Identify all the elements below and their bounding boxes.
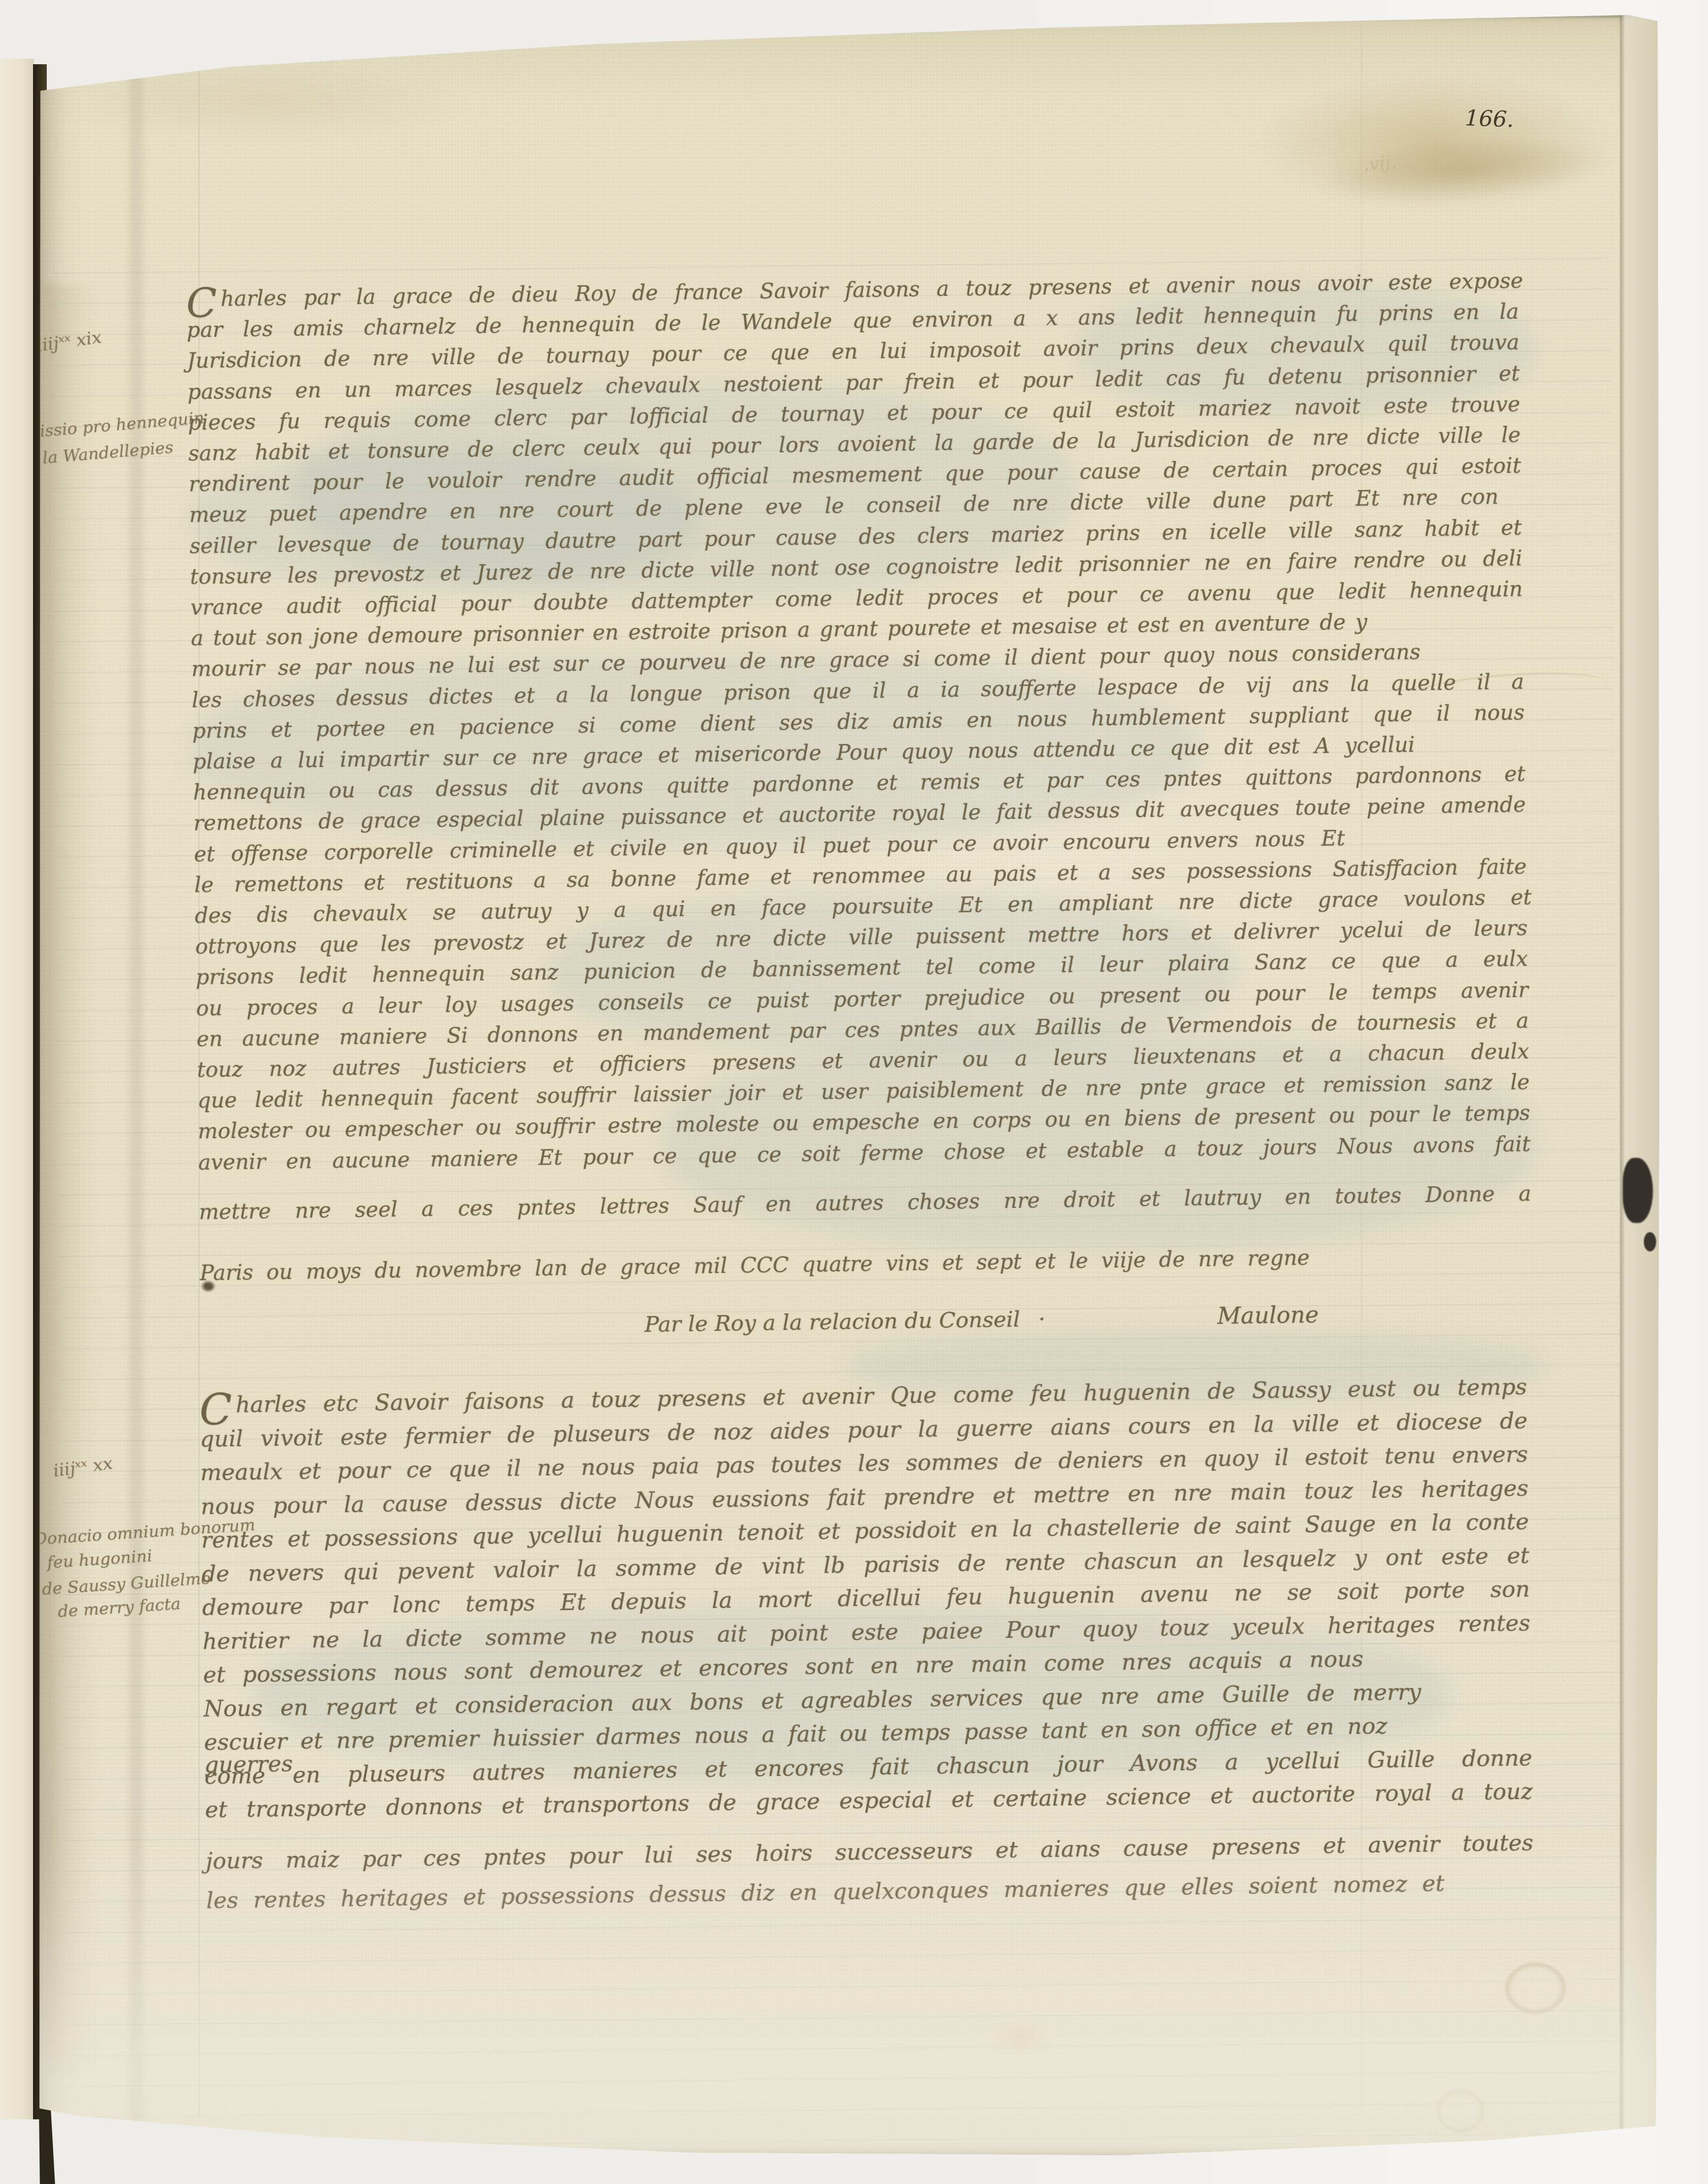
margin-act2-note-2: feu hugonini [46, 1548, 153, 1571]
page-fold-right [1619, 15, 1659, 2155]
handwriting-layer: iiijˣˣ xix Remissio pro hennequin de la … [25, 4, 1675, 2167]
margin-act2-number: iiijˣˣ xx [52, 1454, 114, 1479]
signature-name: Maulone [1217, 1301, 1319, 1329]
margin-act2-note-4: de merry facta [57, 1595, 181, 1620]
ink-blot-right-edge-2 [1644, 1232, 1656, 1251]
sign-off-text: Par le Roy a la relacion du Conseil [644, 1307, 1020, 1337]
manuscript-line: et possessions nous sont demourez et enc… [203, 1647, 1364, 1686]
manuscript-line: mettre nre seel a ces pntes lettres Sauf… [199, 1183, 1531, 1223]
margin-act2-note-3: de Saussy Guillelmo [41, 1570, 211, 1598]
act1-block: Charles par la grace de dieu Roy de fran… [25, 4, 1645, 27]
ink-blot-right-edge [1623, 1158, 1653, 1223]
page-bottom-highlight [39, 1845, 1659, 2155]
sign-off-separator: · [1038, 1306, 1046, 1332]
manuscript-line: Paris ou moys du novembre lan de grace m… [200, 1247, 1309, 1284]
act2-block: Charles etc Savoir faisons a touz presen… [25, 4, 1645, 27]
previous-page-edge [0, 59, 34, 2119]
margin-act1-number: iiijˣˣ xix [35, 328, 102, 354]
manuscript-page: iiijˣˣ xix Remissio pro hennequin de la … [39, 15, 1659, 2155]
manuscript-line: Nous en regart et consideracion aux bons… [204, 1680, 1421, 1720]
manuscript-photo: iiijˣˣ xix Remissio pro hennequin de la … [0, 0, 1708, 2184]
sign-off-line: Par le Roy a la relacion du Conseil · Ma… [644, 1301, 1319, 1338]
old-folio-mark: .vij. [1362, 151, 1398, 175]
folio-number: 166. [1464, 105, 1514, 133]
